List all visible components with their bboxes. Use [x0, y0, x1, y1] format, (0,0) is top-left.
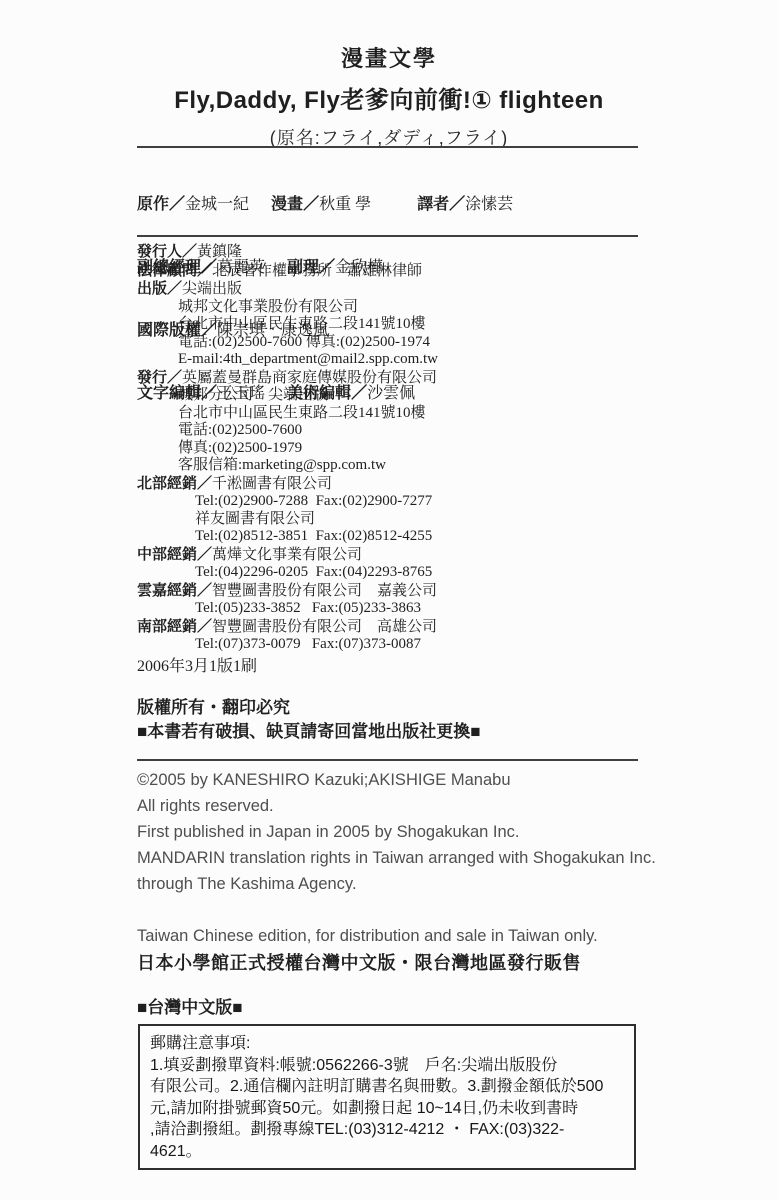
credit-pair: 漫畫／秋重 學: [271, 194, 371, 215]
credit-separator: ／: [169, 196, 185, 213]
colophon-value: 智豐圖書股份有限公司 嘉義公司: [212, 583, 437, 599]
credit-pair: 譯者／涂愫芸: [417, 194, 513, 215]
colophon-line: 客服信箱:marketing@spp.com.tw: [137, 457, 438, 475]
colophon-value: 城邦分公司 尖端出版: [178, 387, 328, 403]
taiwan-edition-marker: ■台灣中文版■: [137, 993, 243, 1018]
damage-return-line: ■本書若有破損、缺頁請寄回當地出版社更換■: [137, 720, 481, 744]
colophon-value: 傳真:(02)2500-1979: [178, 440, 302, 456]
colophon-separator: ／: [197, 582, 212, 599]
colophon-line: Tel:(02)8512-3851 Fax:(02)8512-4255: [137, 528, 438, 546]
colophon-value: Tel:(04)2296-0205 Fax:(04)2293-8765: [195, 564, 432, 580]
english-copyright-block: ©2005 by KANESHIRO Kazuki;AKISHIGE Manab…: [137, 767, 762, 897]
colophon-value: 台北市中山區民生東路二段141號10樓: [178, 405, 426, 421]
colophon-label: 雲嘉經銷: [137, 582, 197, 599]
colophon-value: 電話:(02)2500-7600: [178, 422, 302, 438]
colophon-value: Tel:(05)233-3852 Fax:(05)233-3863: [195, 600, 421, 616]
colophon-line: 台北市中山區民生東路二段141號10樓: [137, 405, 438, 423]
colophon-value: 黃鎮隆: [197, 244, 242, 260]
credit-label: 原作: [137, 196, 169, 213]
credit-value: 金城一紀: [185, 196, 249, 213]
credit-value: 秋重 學: [319, 196, 371, 213]
rights-notice-block: 版權所有・翻印必究 ■本書若有破損、缺頁請寄回當地出版社更換■: [137, 696, 481, 743]
colophon-separator: ／: [197, 618, 212, 635]
colophon-label: 中部經銷: [137, 546, 197, 563]
colophon-value: 尖端出版: [182, 281, 242, 297]
colophon-value: 英屬蓋曼群島商家庭傳媒股份有限公司: [182, 370, 437, 386]
mail-order-body: 1.填妥劃撥單資料:帳號:0562266-3號 戶名:尖端出版股份 有限公司。2…: [150, 1055, 624, 1163]
colophon-value: 北辰著作權事務所 蕭雄淋律師: [212, 263, 422, 279]
colophon-value: 千淞圖書有限公司: [212, 476, 332, 492]
colophon-value: 台北市中山區民生東路二段141號10樓: [178, 316, 426, 332]
colophon-line: Tel:(07)373-0079 Fax:(07)373-0087: [137, 636, 438, 654]
colophon-line: 傳真:(02)2500-1979: [137, 440, 438, 458]
colophon-line: 雲嘉經銷／智豐圖書股份有限公司 嘉義公司: [137, 582, 438, 601]
colophon-value: E-mail:4th_department@mail2.spp.com.tw: [178, 351, 438, 367]
colophon-line: 城邦分公司 尖端出版: [137, 387, 438, 405]
colophon-line: 北部經銷／千淞圖書有限公司: [137, 475, 438, 494]
colophon-value: 電話:(02)2500-7600 傳真:(02)2500-1974: [178, 334, 430, 350]
colophon-label: 發行: [137, 369, 167, 386]
rights-reserved-line: 版權所有・翻印必究: [137, 696, 481, 720]
colophon-label: 法律顧問: [137, 262, 197, 279]
colophon-separator: ／: [197, 475, 212, 492]
colophon-separator: ／: [167, 280, 182, 297]
credit-separator: ／: [303, 196, 319, 213]
colophon-separator: ／: [182, 243, 197, 260]
section-divider-top: [137, 146, 638, 148]
credit-separator: ／: [449, 196, 465, 213]
colophon-line: E-mail:4th_department@mail2.spp.com.tw: [137, 351, 438, 369]
colophon-line: 中部經銷／萬燁文化事業有限公司: [137, 546, 438, 565]
colophon-line: 發行／英屬蓋曼群島商家庭傳媒股份有限公司: [137, 369, 438, 388]
colophon-separator: ／: [197, 262, 212, 279]
section-divider-middle: [137, 235, 638, 237]
taiwan-authorization-line: 日本小學館正式授權台灣中文版・限台灣地區發行販售: [137, 949, 581, 975]
colophon-line: 電話:(02)2500-7600 傳真:(02)2500-1974: [137, 334, 438, 352]
credit-value: 涂愫芸: [465, 196, 513, 213]
colophon-value: 客服信箱:marketing@spp.com.tw: [178, 457, 386, 473]
taiwan-edition-note-en: Taiwan Chinese edition, for distribution…: [137, 927, 762, 946]
credit-label: 漫畫: [271, 196, 303, 213]
mail-order-title: 郵購注意事項:: [150, 1033, 624, 1055]
colophon-value: 智豐圖書股份有限公司 高雄公司: [212, 619, 437, 635]
title-block: 漫畫文學 Fly,Daddy, Fly老爹向前衝!① flighteen (原名…: [139, 42, 639, 150]
colophon-value: Tel:(07)373-0079 Fax:(07)373-0087: [195, 636, 421, 652]
colophon-line: 祥友圖書有限公司: [137, 511, 438, 529]
edition-date: 2006年3月1版1刷: [137, 653, 257, 676]
credits-row: 原作／金城一紀 漫畫／秋重 學 譯者／涂愫芸: [137, 194, 513, 215]
colophon-page: 漫畫文學 Fly,Daddy, Fly老爹向前衝!① flighteen (原名…: [0, 0, 778, 1200]
colophon-line: 城邦文化事業股份有限公司: [137, 299, 438, 317]
colophon-line: 南部經銷／智豐圖書股份有限公司 高雄公司: [137, 618, 438, 637]
credit-label: 譯者: [417, 196, 449, 213]
colophon-value: 祥友圖書有限公司: [195, 511, 315, 527]
colophon-value: Tel:(02)2900-7288 Fax:(02)2900-7277: [195, 493, 432, 509]
colophon-line: 發行人／黃鎮隆: [137, 243, 438, 262]
colophon-label: 北部經銷: [137, 475, 197, 492]
credit-pair: 原作／金城一紀: [137, 194, 249, 215]
colophon-line: 台北市中山區民生東路二段141號10樓: [137, 316, 438, 334]
mail-order-box: 郵購注意事項: 1.填妥劃撥單資料:帳號:0562266-3號 戶名:尖端出版股…: [138, 1024, 636, 1170]
book-title: Fly,Daddy, Fly老爹向前衝!① flighteen: [139, 80, 639, 115]
colophon-label: 發行人: [137, 243, 182, 260]
series-label: 漫畫文學: [139, 42, 639, 73]
colophon-line: Tel:(05)233-3852 Fax:(05)233-3863: [137, 600, 438, 618]
colophon-value: 城邦文化事業股份有限公司: [178, 299, 358, 315]
colophon-value: Tel:(02)8512-3851 Fax:(02)8512-4255: [195, 528, 432, 544]
colophon-line: Tel:(02)2900-7288 Fax:(02)2900-7277: [137, 493, 438, 511]
colophon-label: 出版: [137, 280, 167, 297]
colophon-value: 萬燁文化事業有限公司: [212, 547, 362, 563]
colophon-line: 出版／尖端出版: [137, 280, 438, 299]
colophon-separator: ／: [197, 546, 212, 563]
colophon-line: Tel:(04)2296-0205 Fax:(04)2293-8765: [137, 564, 438, 582]
colophon-label: 南部經銷: [137, 618, 197, 635]
section-divider-bottom: [137, 759, 638, 761]
colophon-line: 法律顧問／北辰著作權事務所 蕭雄淋律師: [137, 262, 438, 281]
colophon-separator: ／: [167, 369, 182, 386]
publisher-section: 發行人／黃鎮隆 法律顧問／北辰著作權事務所 蕭雄淋律師 出版／尖端出版 城邦文化…: [137, 243, 438, 654]
colophon-line: 電話:(02)2500-7600: [137, 422, 438, 440]
